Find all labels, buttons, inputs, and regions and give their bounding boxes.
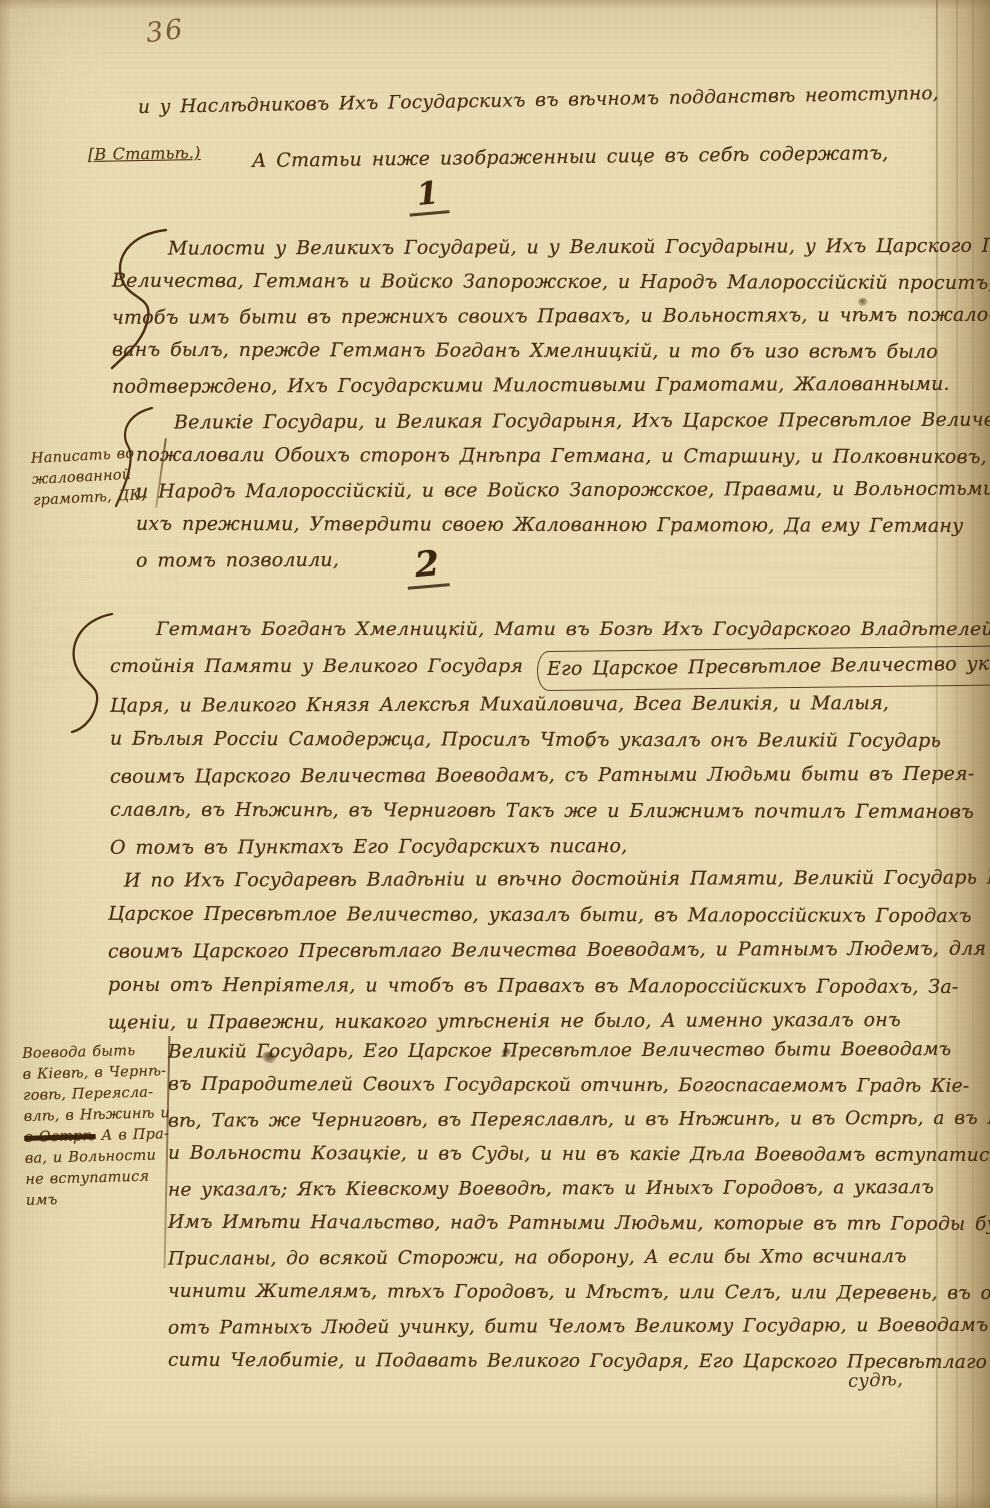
- manuscript-line: славлѣ, въ Нѣжинѣ, въ Черниговѣ Такъ же …: [110, 792, 990, 830]
- section-1-number: 1: [406, 174, 449, 216]
- paragraph-lines: Великій Государь, Его Царское Пресвѣтлое…: [168, 1034, 990, 1379]
- manuscript-line: подтверждено, Ихъ Государскими Милостивы…: [112, 366, 990, 404]
- manuscript-line: грамотѣ, ДК,: [33, 485, 147, 512]
- manuscript-line: Величества, Гетманъ и Войско Запорожское…: [112, 263, 990, 300]
- ink-blot: [858, 298, 868, 306]
- manuscript-line: Присланы, до всякой Сторожи, на оборону,…: [168, 1239, 990, 1277]
- manuscript-line: Гетманъ Богданъ Хмелницкій, Мати въ Бозѣ…: [110, 612, 990, 648]
- manuscript-line: о томъ позволили,: [136, 540, 990, 578]
- manuscript-line: не указалъ; Якъ Кіевскому Воеводѣ, такъ …: [168, 1170, 990, 1208]
- margin-note-lines: Воевода бытьв Кіевѣ, в Чернѣ-говѣ, Перея…: [22, 1040, 173, 1212]
- ink-blot: [502, 1048, 511, 1056]
- page-edge-top: [0, 0, 990, 10]
- margin-note-voivodes: Воевода бытьв Кіевѣ, в Чернѣ-говѣ, Перея…: [22, 1040, 173, 1212]
- boxed-phrase: Его Царское Пресвѣтлое Величество указал…: [537, 644, 990, 690]
- article-2-line-2-prefix: стойнія Памяти у Великого Государя: [110, 655, 523, 677]
- struck-text: в Острѣ: [24, 1128, 96, 1146]
- manuscript-line: вѣ, Такъ же Черниговѣ, въ Переяславлѣ, и…: [168, 1101, 990, 1139]
- page-edge-bottom: [0, 1492, 990, 1508]
- ink-blot: [585, 742, 593, 749]
- manuscript-line: ва, и Вольности: [25, 1145, 172, 1170]
- manuscript-line: ванъ былъ, прежде Гетманъ Богданъ Хмелни…: [112, 332, 990, 369]
- catchword: судѣ,: [848, 1369, 904, 1392]
- manuscript-line: и Вольности Козацкіе, и въ Суды, и ни въ…: [168, 1136, 990, 1173]
- section-2-number: 2: [404, 542, 450, 590]
- manuscript-line: Царское Пресвѣтлое Величество, указалъ б…: [108, 896, 990, 934]
- article-2-line-1: Гетманъ Богданъ Хмелницкій, Мати въ Бозѣ…: [156, 618, 990, 640]
- paragraph-lines: Милости у Великихъ Государей, и у Велико…: [112, 230, 990, 403]
- manuscript-line: чинити Жителямъ, тѣхъ Городовъ, и Мѣстъ,…: [168, 1274, 990, 1311]
- page-edge-left: [0, 0, 12, 1508]
- margin-note-lines: Написать вожалованнойграмотѣ, ДК,: [30, 443, 146, 512]
- manuscript-line: Великій Государь, Его Царское Пресвѣтлое…: [168, 1032, 990, 1070]
- manuscript-line: имъ: [26, 1187, 173, 1212]
- manuscript-line: и Народъ Малороссійскій, и все Войско За…: [136, 471, 990, 509]
- manuscript-line: своимъ Царского Величества Воеводамъ, съ…: [110, 756, 990, 795]
- manuscript-line: ихъ прежними, Утвердити своею Жалованною…: [136, 506, 990, 543]
- manuscript-page: 36 и у Наслѣдниковъ Ихъ Государскихъ въ …: [0, 0, 990, 1508]
- article-1-request-paragraph: Милости у Великихъ Государей, и у Велико…: [112, 230, 990, 403]
- manuscript-line: въ Прародителей Своихъ Государской отчин…: [168, 1067, 990, 1104]
- manuscript-line: роны отъ Непріятеля, и чтобъ въ Правахъ …: [108, 967, 990, 1005]
- manuscript-line: Великіе Государи, и Великая Государыня, …: [136, 402, 990, 440]
- paragraph-lines: И по Ихъ Государевѣ Владѣніи и вѣчно дос…: [108, 862, 990, 1040]
- article-1-grant-paragraph: Великіе Государи, и Великая Государыня, …: [136, 404, 990, 577]
- manuscript-line: своимъ Царского Пресвѣтлаго Величества В…: [108, 931, 990, 970]
- article-2-paragraph-b: И по Ихъ Государевѣ Владѣніи и вѣчно дос…: [108, 862, 990, 1040]
- paragraph-lines: Царя, и Великого Князя Алексѣя Михайлови…: [110, 687, 990, 865]
- manuscript-line: Царя, и Великого Князя Алексѣя Михайлови…: [110, 685, 990, 724]
- manuscript-line: и Бѣлыя Россіи Самодержца, Просилъ Чтобъ…: [110, 721, 990, 759]
- header-line-2: А Статьи ниже изображенныи сице въ себѣ …: [252, 136, 889, 178]
- folio-number: 36: [144, 14, 186, 49]
- manuscript-line: стойнія Памяти у Великого Государя Его Ц…: [110, 648, 990, 688]
- manuscript-line: отъ Ратныхъ Людей учинку, бити Челомъ Ве…: [168, 1308, 990, 1346]
- paragraph-lines: Великіе Государи, и Великая Государыня, …: [136, 404, 990, 577]
- margin-note-article-label: [В Статьѣ.): [88, 142, 201, 165]
- manuscript-line: Имъ Имѣти Начальство, надъ Ратными Людьм…: [168, 1205, 990, 1242]
- manuscript-line: Милости у Великихъ Государей, и у Велико…: [112, 228, 990, 266]
- manuscript-line: И по Ихъ Государевѣ Владѣніи и вѣчно дос…: [108, 860, 990, 899]
- header-line-1: и у Наслѣдниковъ Ихъ Государскихъ въ вѣч…: [138, 77, 939, 125]
- article-2-paragraph-c: Великій Государь, Его Царское Пресвѣтлое…: [168, 1034, 990, 1379]
- article-2-paragraph-a: Гетманъ Богданъ Хмелницкій, Мати въ Бозѣ…: [110, 612, 990, 865]
- manuscript-line: пожаловали Обоихъ сторонъ Днѣпра Гетмана…: [136, 437, 990, 474]
- margin-note-grant: Написать вожалованнойграмотѣ, ДК,: [30, 443, 146, 512]
